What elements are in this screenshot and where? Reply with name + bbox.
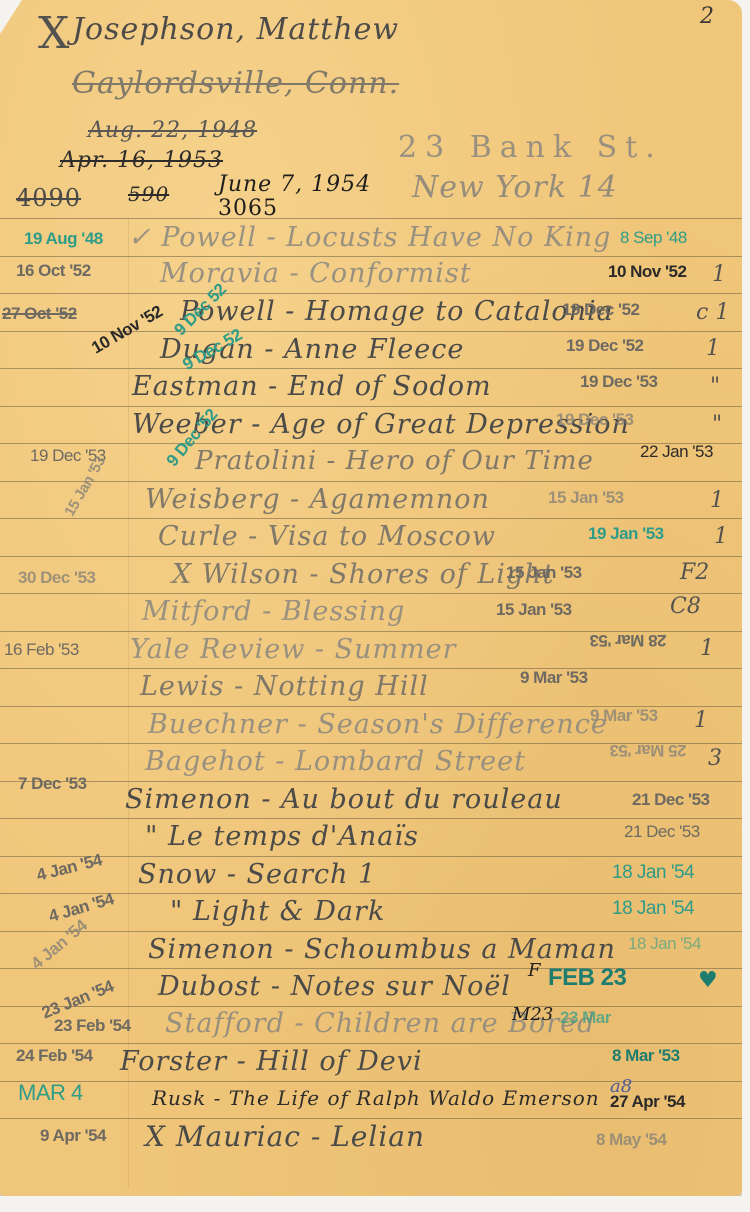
ruled-line bbox=[0, 443, 742, 444]
date-stamp: 8 Sep '48 bbox=[620, 228, 687, 248]
ruled-line bbox=[0, 556, 742, 557]
current-date: June 7, 1954 bbox=[218, 172, 371, 197]
date-stamp: 10 Nov '52 bbox=[608, 262, 686, 282]
number-struck-1: 4090 bbox=[16, 184, 81, 212]
ruled-line bbox=[0, 481, 742, 482]
entry-note: M23 bbox=[512, 1004, 553, 1025]
ruled-line bbox=[0, 781, 742, 782]
entry-title: Rusk - The Life of Ralph Waldo Emerson bbox=[152, 1086, 600, 1110]
date-stamp: 18 Jan '54 bbox=[628, 934, 701, 954]
entry-note: 1 bbox=[712, 262, 726, 287]
entry-note: c 1 bbox=[696, 300, 729, 325]
date-stamp: 16 Feb '53 bbox=[4, 640, 79, 660]
entry-note: a8 bbox=[610, 1076, 632, 1097]
date-stamp: 19 Dec '53 bbox=[556, 410, 634, 430]
entry-note: C8 bbox=[670, 594, 701, 619]
entry-title: Eastman - End of Sodom bbox=[132, 371, 492, 402]
entry-title: Weisberg - Agamemnon bbox=[145, 484, 490, 515]
date-stamp: 19 Dec '52 bbox=[566, 336, 644, 356]
date-stamp: 9 Mar '53 bbox=[520, 668, 588, 688]
ruled-line bbox=[0, 406, 742, 407]
entry-title: Forster - Hill of Devi bbox=[120, 1046, 423, 1077]
ruled-line bbox=[0, 931, 742, 932]
ruled-line bbox=[0, 293, 742, 294]
date-stamp: 19 Dec '52 bbox=[562, 300, 640, 320]
date-stamp: 18 Jan '54 bbox=[612, 898, 694, 920]
date-struck-2: Apr. 16, 1953 bbox=[60, 148, 223, 173]
entry-note: 1 bbox=[710, 488, 724, 513]
ruled-line bbox=[0, 593, 742, 594]
ruled-line bbox=[0, 818, 742, 819]
date-stamp: MAR 4 bbox=[18, 1080, 83, 1106]
date-stamp: 22 Jan '53 bbox=[640, 442, 713, 462]
date-stamp: 9 Mar '53 bbox=[590, 706, 658, 726]
ruled-line bbox=[0, 518, 742, 519]
date-stamp: 9 Apr '54 bbox=[40, 1126, 106, 1146]
ruled-line bbox=[0, 968, 742, 969]
date-stamp: 23 Feb '54 bbox=[54, 1016, 131, 1036]
date-stamp: 16 Oct '52 bbox=[16, 261, 91, 281]
ruled-line bbox=[0, 1006, 742, 1007]
entry-title: ✓ Powell - Locusts Have No King bbox=[128, 222, 611, 253]
new-address-line1: 23 Bank St. bbox=[398, 130, 663, 165]
date-stamp: 19 Aug '48 bbox=[24, 229, 103, 249]
entry-note: 1 bbox=[706, 336, 720, 361]
ruled-line bbox=[0, 1043, 742, 1044]
date-stamp: 23 Mar bbox=[560, 1008, 611, 1028]
entry-note: 1 bbox=[700, 636, 714, 661]
ruled-line bbox=[0, 1118, 742, 1119]
entry-title: X Wilson - Shores of Light bbox=[172, 559, 555, 590]
entry-title: Curle - Visa to Moscow bbox=[158, 521, 496, 552]
entry-title: Yale Review - Summer bbox=[130, 634, 457, 665]
entry-note: " bbox=[712, 412, 722, 437]
entry-note: F2 bbox=[680, 560, 709, 585]
entry-title: " Le temps d'Anaïs bbox=[145, 821, 419, 852]
entry-title: " Light & Dark bbox=[170, 896, 385, 927]
current-number: 3065 bbox=[218, 196, 278, 221]
heart-stamp-icon: ♥ bbox=[698, 968, 718, 993]
date-stamp: 7 Dec '53 bbox=[18, 774, 87, 794]
patron-name: Josephson, Matthew bbox=[72, 12, 399, 47]
date-stamp: 15 Jan '53 bbox=[548, 488, 624, 508]
date-stamp: 8 May '54 bbox=[596, 1130, 666, 1150]
date-stamp: 27 Oct '52 bbox=[2, 304, 77, 324]
entry-title: Simenon - Au bout du rouleau bbox=[125, 784, 563, 815]
ruled-line bbox=[0, 856, 742, 857]
date-stamp: 18 Jan '54 bbox=[612, 862, 694, 884]
date-stamp: 15 Jan '53 bbox=[506, 563, 582, 583]
new-address-line2: New York 14 bbox=[412, 170, 618, 205]
entry-note: 3 bbox=[708, 746, 722, 771]
entry-note: 1 bbox=[714, 524, 728, 549]
date-stamp: 19 Dec '53 bbox=[580, 372, 658, 392]
entry-title: Lewis - Notting Hill bbox=[140, 671, 429, 702]
entry-title: Mitford - Blessing bbox=[142, 596, 405, 627]
old-address: Gaylordsville, Conn. bbox=[72, 66, 399, 101]
date-stamp: 8 Mar '53 bbox=[612, 1046, 680, 1066]
entry-title: Moravia - Conformist bbox=[160, 258, 472, 289]
entry-title: Simenon - Schoumbus a Maman bbox=[148, 934, 616, 965]
date-stamp: 15 Jan '53 bbox=[496, 600, 572, 620]
date-stamp: 30 Dec '53 bbox=[18, 568, 96, 588]
entry-title: Buechner - Season's Difference bbox=[148, 709, 608, 740]
ruled-line bbox=[0, 368, 742, 369]
entry-note: 1 bbox=[694, 708, 708, 733]
date-stamp: 21 Dec '53 bbox=[632, 790, 710, 810]
margin-line bbox=[128, 218, 129, 1188]
date-stamp: 21 Dec '53 bbox=[624, 822, 700, 842]
entry-title: Bagehot - Lombard Street bbox=[145, 746, 526, 777]
entry-note: F bbox=[528, 960, 541, 981]
date-stamp: 19 Jan '53 bbox=[588, 524, 664, 544]
date-stamp: 25 Mar '53 bbox=[610, 740, 687, 760]
date-struck-1: Aug. 22, 1948 bbox=[88, 118, 257, 143]
entry-title: Dubost - Notes sur Noël bbox=[158, 971, 511, 1002]
entry-title: Powell - Homage to Catalonia bbox=[180, 296, 614, 327]
entry-title: Pratolini - Hero of Our Time bbox=[195, 446, 594, 476]
ruled-line bbox=[0, 256, 742, 257]
entry-note: " bbox=[710, 374, 720, 399]
date-stamp: FEB 23 bbox=[548, 964, 626, 992]
ruled-line bbox=[0, 218, 742, 219]
entry-title: Snow - Search 1 bbox=[138, 859, 376, 890]
ruled-line bbox=[0, 668, 742, 669]
name-x-mark: X bbox=[38, 8, 70, 59]
date-stamp: 24 Feb '54 bbox=[16, 1046, 93, 1066]
page-number: 2 bbox=[700, 4, 714, 29]
library-card: 2 X Josephson, Matthew Gaylordsville, Co… bbox=[0, 0, 742, 1196]
number-struck-2: 590 bbox=[128, 182, 169, 206]
date-stamp: 28 Mar '53 bbox=[590, 630, 667, 650]
entry-title: X Mauriac - Lelian bbox=[145, 1120, 425, 1153]
